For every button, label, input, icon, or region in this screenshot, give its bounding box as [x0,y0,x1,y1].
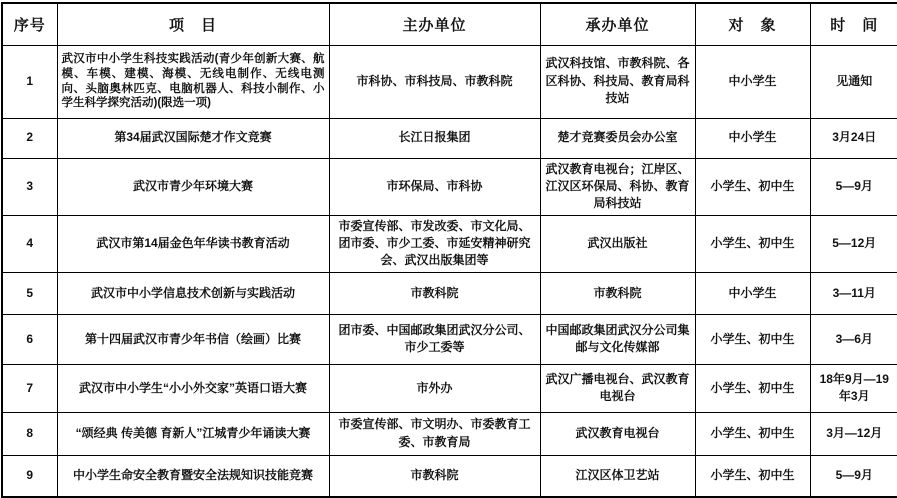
activities-table: 序号 项 目 主办单位 承办单位 对 象 时 间 1 武汉市中小学生科技实践活动… [1,2,897,498]
cell-target: 小学生、初中生 [695,412,810,455]
cell-time: 3—6月 [810,314,897,364]
cell-seq: 2 [2,118,57,158]
cell-undertaker: 武汉教育电视台；江岸区、江汉区环保局、科协、教育局科技站 [540,158,695,215]
header-organizer: 主办单位 [329,3,540,45]
cell-time: 3—11月 [810,272,897,314]
document-sheet: 序号 项 目 主办单位 承办单位 对 象 时 间 1 武汉市中小学生科技实践活动… [0,0,897,481]
cell-organizer: 市外办 [329,364,540,412]
cell-target: 小学生、初中生 [695,215,810,272]
cell-time: 见通知 [810,45,897,118]
cell-time: 3月—12月 [810,412,897,455]
cell-organizer: 市教科院 [329,272,540,314]
cell-target: 小学生、初中生 [695,455,810,497]
cell-organizer: 市委宣传部、市发改委、市文化局、团市委、市少工委、市延安精神研究会、武汉出版集团… [329,215,540,272]
cell-undertaker: 楚才竞赛委员会办公室 [540,118,695,158]
table-row: 7 武汉市中小学生“小小外交家”英语口语大赛 市外办 武汉广播电视台、武汉教育电… [2,364,897,412]
cell-target: 中小学生 [695,45,810,118]
cell-organizer: 长江日报集团 [329,118,540,158]
cell-seq: 6 [2,314,57,364]
cell-time: 18年9月—19年3月 [810,364,897,412]
cell-undertaker: 武汉科技馆、市教科院、各区科协、科技局、教育局科技站 [540,45,695,118]
cell-time: 5—9月 [810,455,897,497]
cell-time: 5—12月 [810,215,897,272]
table-row: 1 武汉市中小学生科技实践活动(青少年创新大赛、航模、车模、建模、海模、无线电制… [2,45,897,118]
cell-project: 武汉市中小学信息技术创新与实践活动 [57,272,329,314]
cell-organizer: 团市委、中国邮政集团武汉分公司、市少工委等 [329,314,540,364]
cell-seq: 9 [2,455,57,497]
header-time: 时 间 [810,3,897,45]
table-row: 5 武汉市中小学信息技术创新与实践活动 市教科院 市教科院 中小学生 3—11月 [2,272,897,314]
cell-target: 小学生、初中生 [695,314,810,364]
cell-seq: 3 [2,158,57,215]
cell-target: 中小学生 [695,272,810,314]
cell-undertaker: 市教科院 [540,272,695,314]
cell-organizer: 市环保局、市科协 [329,158,540,215]
cell-project: 武汉市中小学生科技实践活动(青少年创新大赛、航模、车模、建模、海模、无线电制作、… [57,45,329,118]
cell-organizer: 市科协、市科技局、市教科院 [329,45,540,118]
cell-seq: 5 [2,272,57,314]
cell-time: 3月24日 [810,118,897,158]
header-project: 项 目 [57,3,329,45]
cell-time: 5—9月 [810,158,897,215]
cell-project: 中小学生命安全教育暨安全法规知识技能竞赛 [57,455,329,497]
cell-project: 第34届武汉国际楚才作文竞赛 [57,118,329,158]
cell-seq: 1 [2,45,57,118]
cell-seq: 7 [2,364,57,412]
table-row: 9 中小学生命安全教育暨安全法规知识技能竞赛 市教科院 江汉区体卫艺站 小学生、… [2,455,897,497]
cell-undertaker: 江汉区体卫艺站 [540,455,695,497]
table-row: 4 武汉市第14届金色年华读书教育活动 市委宣传部、市发改委、市文化局、团市委、… [2,215,897,272]
cell-seq: 8 [2,412,57,455]
cell-undertaker: 武汉广播电视台、武汉教育电视台 [540,364,695,412]
cell-undertaker: 武汉出版社 [540,215,695,272]
cell-seq: 4 [2,215,57,272]
cell-organizer: 市教科院 [329,455,540,497]
cell-organizer: 市委宣传部、市文明办、市委教育工委、市教育局 [329,412,540,455]
header-row: 序号 项 目 主办单位 承办单位 对 象 时 间 [2,3,897,45]
table-row: 2 第34届武汉国际楚才作文竞赛 长江日报集团 楚才竞赛委员会办公室 中小学生 … [2,118,897,158]
cell-project: 武汉市中小学生“小小外交家”英语口语大赛 [57,364,329,412]
cell-undertaker: 武汉教育电视台 [540,412,695,455]
cell-project: 武汉市第14届金色年华读书教育活动 [57,215,329,272]
header-target: 对 象 [695,3,810,45]
table-row: 3 武汉市青少年环境大赛 市环保局、市科协 武汉教育电视台；江岸区、江汉区环保局… [2,158,897,215]
cell-target: 小学生、初中生 [695,364,810,412]
header-undertaker: 承办单位 [540,3,695,45]
table-row: 8 “颂经典 传美德 育新人”江城青少年诵读大赛 市委宣传部、市文明办、市委教育… [2,412,897,455]
cell-project: 武汉市青少年环境大赛 [57,158,329,215]
header-seq: 序号 [2,3,57,45]
cell-project: 第十四届武汉市青少年书信（绘画）比赛 [57,314,329,364]
cell-target: 中小学生 [695,118,810,158]
cell-project: “颂经典 传美德 育新人”江城青少年诵读大赛 [57,412,329,455]
cell-undertaker: 中国邮政集团武汉分公司集邮与文化传媒部 [540,314,695,364]
cell-target: 小学生、初中生 [695,158,810,215]
table-row: 6 第十四届武汉市青少年书信（绘画）比赛 团市委、中国邮政集团武汉分公司、市少工… [2,314,897,364]
